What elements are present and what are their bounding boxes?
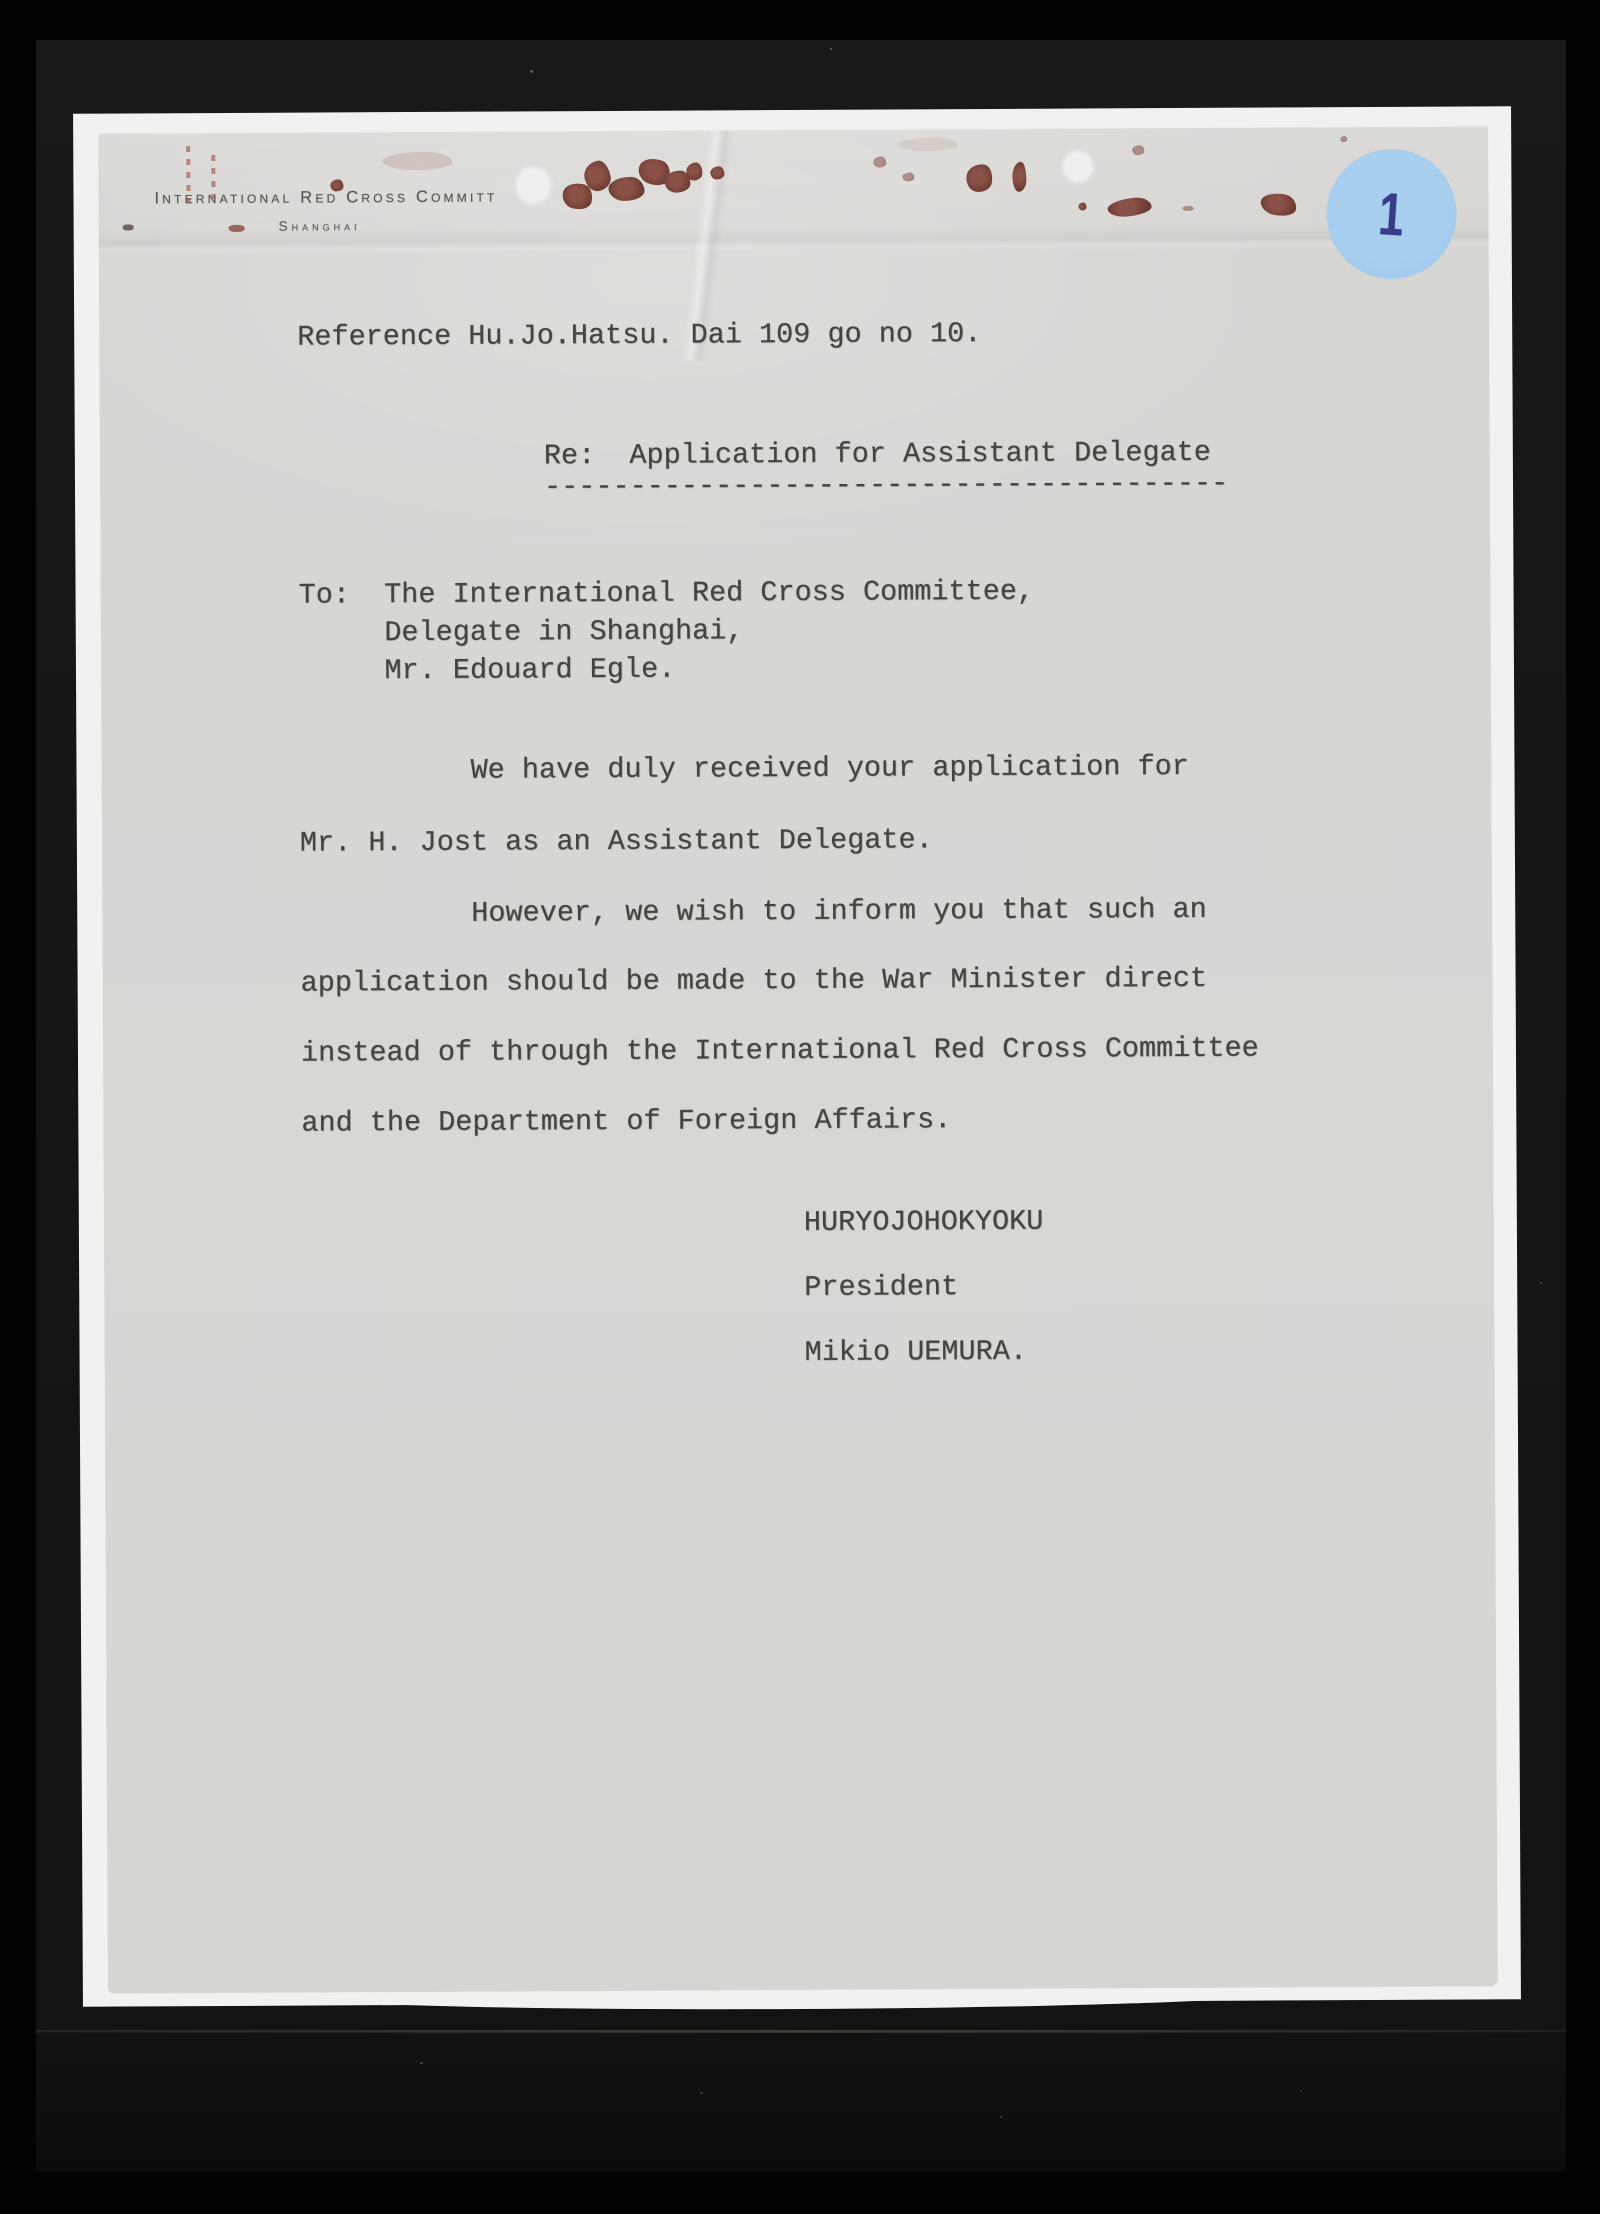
rust-dash [1183, 206, 1194, 211]
reference-line: Reference Hu.Jo.Hatsu. Dai 109 go no 10. [297, 319, 981, 353]
page-number-sticker: 1 [1326, 149, 1457, 280]
body-line: We have duly received your application f… [299, 752, 1189, 787]
rust-stain [1012, 162, 1026, 192]
page-number-mark: 1 [1377, 179, 1406, 249]
signature-name: Mikio UEMURA. [804, 1337, 1026, 1368]
rust-stain [1132, 145, 1144, 155]
rust-smudge [382, 152, 452, 170]
to-line: Mr. Edouard Egle. [299, 655, 675, 687]
punch-hole-left [514, 165, 552, 205]
rust-stain [686, 162, 702, 180]
dust-speck [1300, 2090, 1302, 2092]
punch-hole-right [1061, 149, 1094, 183]
rust-stain [330, 179, 343, 191]
body-line: Mr. H. Jost as an Assistant Delegate. [300, 825, 933, 858]
body-line: and the Department of Foreign Affairs. [301, 1105, 951, 1138]
rust-stain [1259, 191, 1298, 219]
dust-speck [530, 70, 533, 73]
rust-dash [229, 225, 245, 232]
rust-smudge [898, 137, 958, 151]
body-line: instead of through the International Red… [301, 1034, 1259, 1069]
subject-line: Re: Application for Assistant Delegate [544, 438, 1211, 471]
rust-stain [1079, 202, 1087, 210]
dust-speck [1000, 2116, 1002, 2118]
album-page: International Red Cross Committ Shanghai… [0, 0, 1600, 2214]
dust-speck [1540, 1282, 1542, 1284]
dust-speck [830, 48, 832, 50]
rust-streak [211, 155, 215, 199]
letter-paper: International Red Cross Committ Shanghai… [98, 126, 1498, 1993]
pencil-dash [123, 224, 134, 230]
body-line: However, we wish to inform you that such… [300, 895, 1207, 930]
rust-stain [902, 172, 914, 181]
dust-speck [420, 2062, 423, 2064]
to-line: To: The International Red Cross Committe… [299, 577, 1035, 611]
to-line: Delegate in Shanghai, [299, 616, 744, 648]
rust-stain [1340, 136, 1347, 142]
rust-stain [710, 166, 724, 179]
rust-dash [1107, 196, 1153, 219]
rust-stain [965, 162, 995, 193]
subject-underline: ---------------------------------------- [544, 469, 1228, 503]
rust-stain [608, 177, 644, 201]
document-photo: International Red Cross Committ Shanghai… [73, 106, 1521, 2007]
album-lower-shelf [36, 2033, 1566, 2171]
letterhead-organization: International Red Cross Committ [154, 188, 497, 209]
body-line: application should be made to the War Mi… [301, 964, 1208, 999]
letterhead-city: Shanghai [279, 218, 361, 233]
rust-stain [873, 157, 886, 168]
signature-organization: HURYOJOHOKYOKU [804, 1207, 1044, 1238]
signature-title: President [804, 1272, 958, 1303]
rust-streak [186, 146, 190, 202]
dust-speck [700, 2092, 703, 2094]
